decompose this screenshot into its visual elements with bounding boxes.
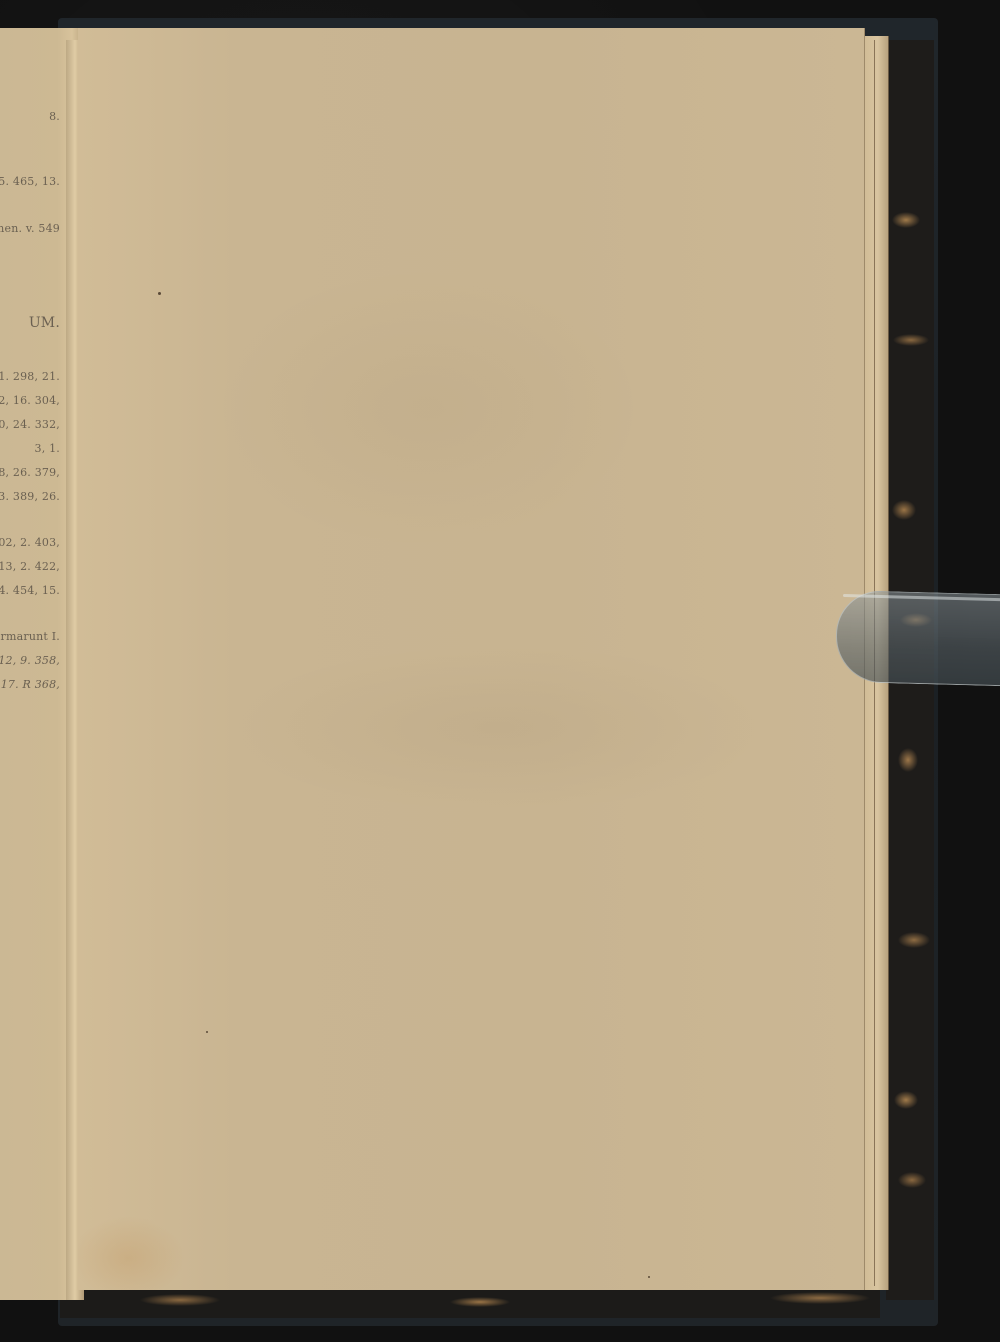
marbled-binding-bottom: [60, 1288, 880, 1318]
index-line: 413, 2. 422,: [0, 560, 60, 573]
index-line: . 13. 389, 26.: [0, 490, 60, 503]
paper-speck: [206, 1031, 208, 1033]
index-line: 330, 24. 332,: [0, 418, 60, 431]
index-line: 312, 9. 358,: [0, 654, 60, 667]
blank-right-page: [78, 28, 864, 1290]
index-heading: UM.: [29, 315, 60, 331]
index-line: . 25. 465, 13.: [0, 175, 60, 188]
index-line: firmarunt I.: [0, 630, 60, 643]
index-line: 21. 298, 21.: [0, 370, 60, 383]
index-line: 17. R 368,: [1, 678, 60, 691]
index-line: 368, 26. 379,: [0, 466, 60, 479]
index-line: 8.: [49, 110, 60, 123]
index-line: 402, 2. 403,: [0, 536, 60, 549]
index-line: , 4. 454, 15.: [0, 584, 60, 597]
index-line: Tumen. v. 549: [0, 222, 60, 235]
index-line: 302, 16. 304,: [0, 394, 60, 407]
index-line: 3, 1.: [35, 442, 61, 455]
paper-speck: [648, 1276, 650, 1278]
paper-speck: [158, 292, 161, 295]
page-clip: [836, 590, 1000, 686]
